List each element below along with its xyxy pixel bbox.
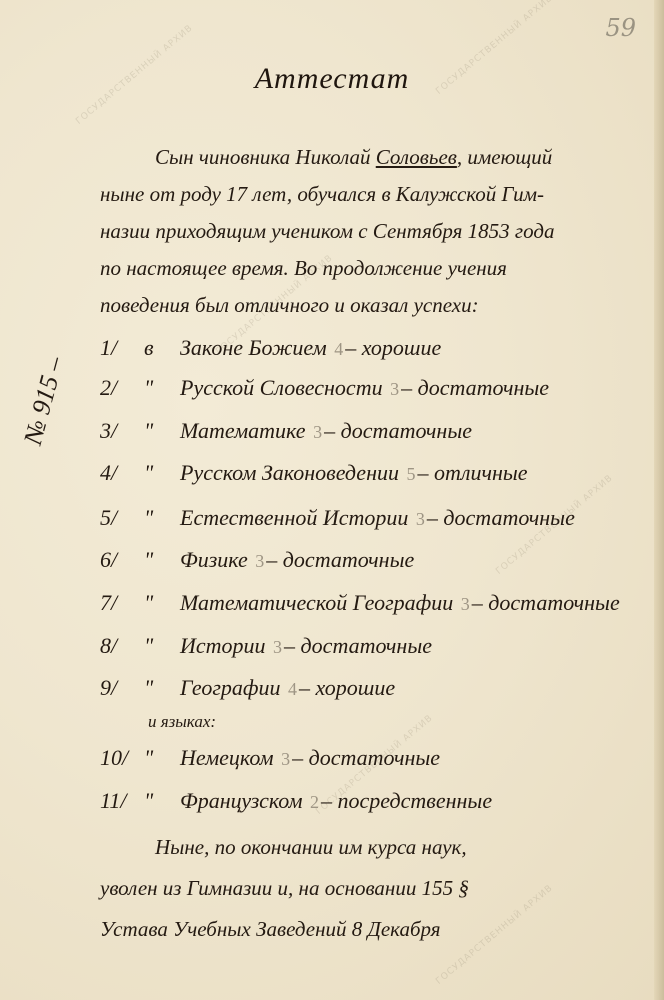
subject-name: Естественной Истории [180, 505, 408, 530]
grade-row: 4/"Русском Законоведении 5– отличные [100, 460, 528, 486]
row-number: 7/ [100, 590, 144, 616]
grade-word: достаточные [443, 505, 574, 530]
pencil-grade: 3 [313, 422, 322, 442]
subject-name: Русском Законоведении [180, 460, 399, 485]
row-number: 8/ [100, 633, 144, 659]
folio-number: 59 [605, 14, 636, 42]
pencil-grade: 3 [273, 637, 282, 657]
pencil-grade: 3 [416, 509, 425, 529]
grade-word: достаточные [309, 745, 440, 770]
pencil-grade: 4 [288, 679, 297, 699]
row-prefix: в [144, 335, 180, 361]
grade-row: 1/вЗаконе Божием 4– хорошие [100, 335, 441, 361]
pencil-grade: 3 [390, 379, 399, 399]
grade-row: 11/"Французском 2– посредственные [100, 788, 492, 814]
subject-name: Законе Божием [180, 335, 327, 360]
grade-word: достаточные [283, 547, 414, 572]
row-number: 5/ [100, 505, 144, 531]
row-number: 11/ [100, 788, 144, 814]
row-number: 10/ [100, 745, 144, 771]
row-number: 6/ [100, 547, 144, 573]
subject-name: Немецком [180, 745, 274, 770]
row-number: 9/ [100, 675, 144, 701]
page-edge [654, 0, 664, 1000]
grade-word: хорошие [316, 675, 396, 700]
grade-row: 2/"Русской Словесности 3– достаточные [100, 375, 549, 401]
archival-document-page: ГОСУДАРСТВЕННЫЙ АРХИВ ГОСУДАРСТВЕННЫЙ АР… [0, 0, 664, 1000]
row-prefix: " [144, 547, 180, 573]
row-prefix: " [144, 633, 180, 659]
grade-row: 6/"Физике 3– достаточные [100, 547, 414, 573]
row-number: 2/ [100, 375, 144, 401]
grade-row: 5/"Естественной Истории 3– достаточные [100, 505, 575, 531]
closing-line: уволен из Гимназии и, на основании 155 § [100, 876, 469, 901]
grade-word: достаточные [488, 590, 619, 615]
row-prefix: " [144, 745, 180, 771]
grade-word: отличные [434, 460, 528, 485]
row-prefix: " [144, 788, 180, 814]
grade-word: достаточные [341, 418, 472, 443]
row-prefix: " [144, 590, 180, 616]
row-number: 3/ [100, 418, 144, 444]
subject-name: Французском [180, 788, 303, 813]
row-prefix: " [144, 505, 180, 531]
subject-name: Математической Географии [180, 590, 453, 615]
grade-word: посредственные [338, 788, 493, 813]
grade-word: хорошие [362, 335, 442, 360]
pencil-grade: 3 [255, 551, 264, 571]
closing-line: Устава Учебных Заведений 8 Декабря [100, 917, 441, 942]
grade-word: достаточные [418, 375, 549, 400]
closing-line: Ныне, по окончании им курса наук, [155, 835, 467, 860]
subject-name: Географии [180, 675, 281, 700]
subject-name: Физике [180, 547, 248, 572]
row-prefix: " [144, 418, 180, 444]
row-prefix: " [144, 675, 180, 701]
languages-label: и языках: [148, 712, 216, 732]
pencil-grade: 4 [334, 339, 343, 359]
subject-name: Математике [180, 418, 306, 443]
grade-row: 7/"Математической Географии 3– достаточн… [100, 590, 620, 616]
margin-registration-number: № 915 – [18, 354, 70, 448]
paragraph-line: Сын чиновника Николай Соловьев, имеющий [155, 145, 552, 170]
row-prefix: " [144, 375, 180, 401]
document-title: Аттестат [0, 62, 664, 96]
pencil-grade: 3 [461, 594, 470, 614]
grade-word: достаточные [301, 633, 432, 658]
row-prefix: " [144, 460, 180, 486]
pencil-grade: 3 [281, 749, 290, 769]
subject-name: Русской Словесности [180, 375, 383, 400]
row-number: 1/ [100, 335, 144, 361]
paragraph-line: назии приходящим учеником с Сентября 185… [100, 219, 554, 244]
underlined-surname: Соловьев [376, 145, 457, 169]
pencil-grade: 5 [407, 464, 416, 484]
row-number: 4/ [100, 460, 144, 486]
paragraph-line: ныне от роду 17 лет, обучался в Калужско… [100, 182, 544, 207]
subject-name: Истории [180, 633, 266, 658]
grade-row: 10/"Немецком 3– достаточные [100, 745, 440, 771]
pencil-grade: 2 [310, 792, 319, 812]
grade-row: 8/"Истории 3– достаточные [100, 633, 432, 659]
paragraph-line: по настоящее время. Во продолжение учени… [100, 256, 507, 281]
paragraph-line: поведения был отличного и оказал успехи: [100, 293, 479, 318]
grade-row: 3/"Математике 3– достаточные [100, 418, 472, 444]
grade-row: 9/"Географии 4– хорошие [100, 675, 395, 701]
